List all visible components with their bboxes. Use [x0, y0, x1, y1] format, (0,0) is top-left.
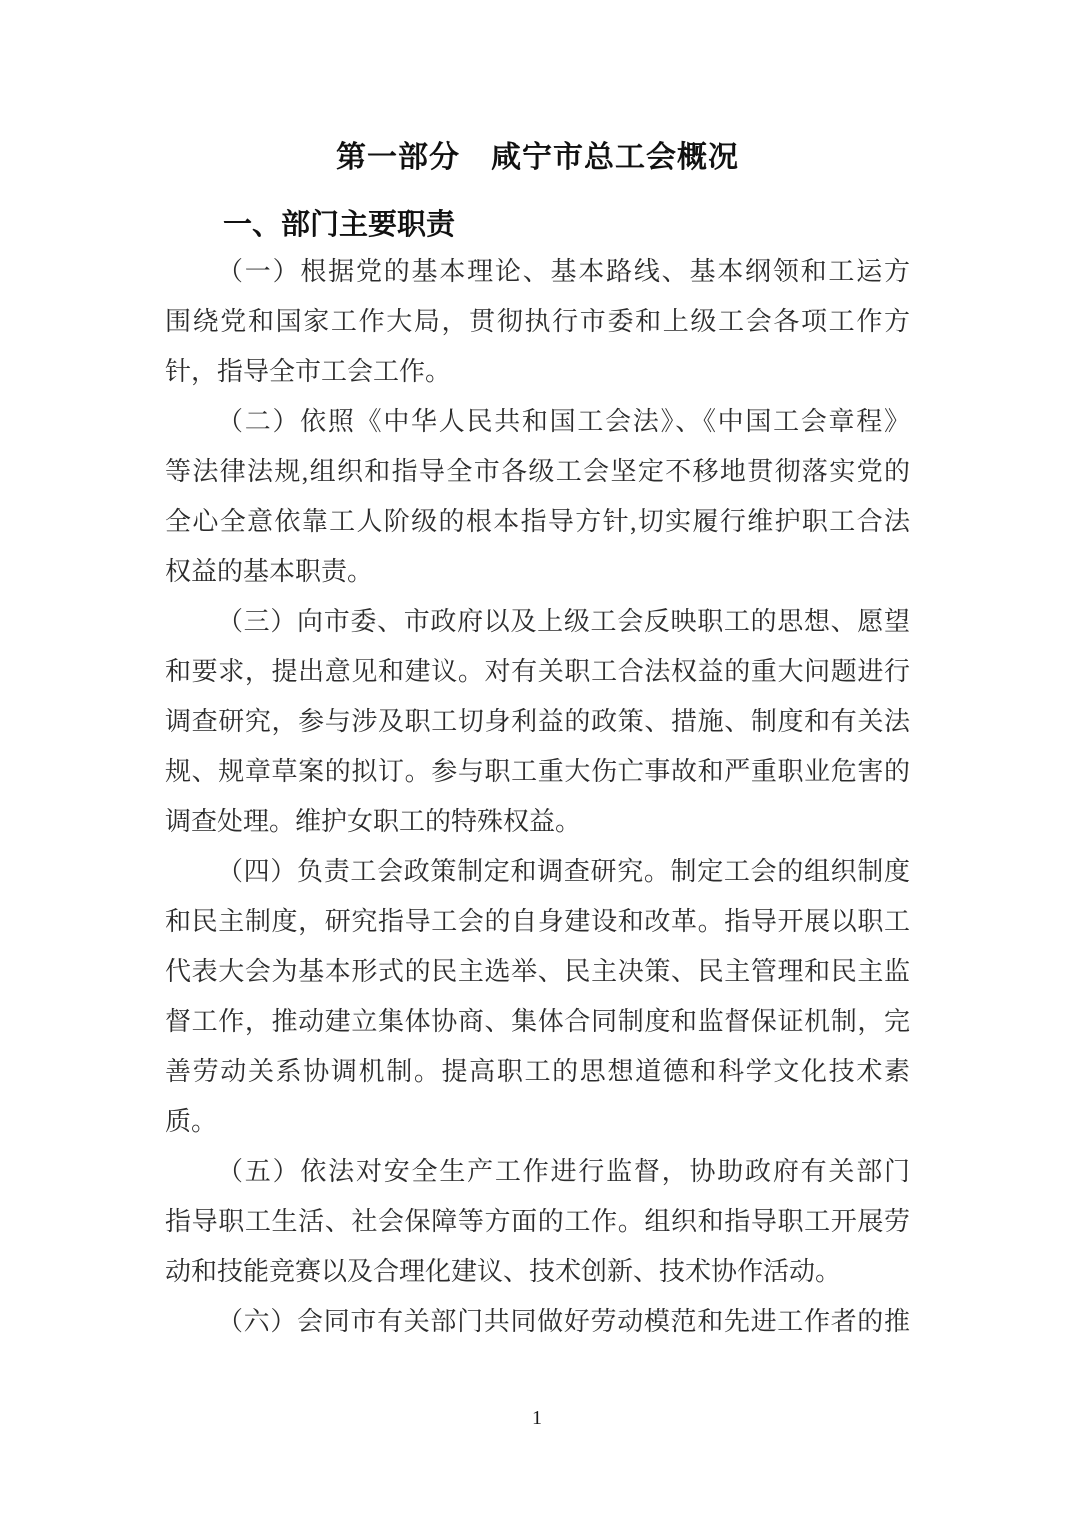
paragraph-line: 动和技能竞赛以及合理化建议、技术创新、技术协作活动。: [165, 1247, 910, 1297]
document-page: 第一部分 咸宁市总工会概况 一、部门主要职责 （一）根据党的基本理论、基本路线、…: [0, 0, 1074, 1520]
paragraph-line: 等法律法规,组织和指导全市各级工会坚定不移地贯彻落实党的: [165, 447, 910, 497]
paragraph-line: （三）向市委、市政府以及上级工会反映职工的思想、愿望: [165, 597, 910, 647]
paragraph: （一）根据党的基本理论、基本路线、基本纲领和工运方针，围绕党和国家工作大局，贯彻…: [165, 247, 910, 397]
paragraph-line: 指导职工生活、社会保障等方面的工作。组织和指导职工开展劳: [165, 1197, 910, 1247]
section-heading: 一、部门主要职责: [165, 205, 910, 245]
paragraph-line: 全心全意依靠工人阶级的根本指导方针,切实履行维护职工合法: [165, 497, 910, 547]
paragraph: （六）会同市有关部门共同做好劳动模范和先进工作者的推: [165, 1297, 910, 1347]
document-title: 第一部分 咸宁市总工会概况: [165, 138, 910, 178]
paragraph-line: 代表大会为基本形式的民主选举、民主决策、民主管理和民主监: [165, 947, 910, 997]
paragraph: （四）负责工会政策制定和调查研究。制定工会的组织制度和民主制度，研究指导工会的自…: [165, 847, 910, 1147]
paragraph-line: 善劳动关系协调机制。提高职工的思想道德和科学文化技术素: [165, 1047, 910, 1097]
paragraph-line: 和要求，提出意见和建议。对有关职工合法权益的重大问题进行: [165, 647, 910, 697]
paragraph-line: 督工作，推动建立集体协商、集体合同制度和监督保证机制，完: [165, 997, 910, 1047]
paragraph: （五）依法对安全生产工作进行监督，协助政府有关部门指导职工生活、社会保障等方面的…: [165, 1147, 910, 1297]
paragraph-line: （二）依照《中华人民共和国工会法》、《中国工会章程》: [165, 397, 910, 447]
paragraph-line: （一）根据党的基本理论、基本路线、基本纲领和工运方针，: [165, 247, 910, 297]
paragraph: （二）依照《中华人民共和国工会法》、《中国工会章程》等法律法规,组织和指导全市各…: [165, 397, 910, 597]
paragraph-line: 质。: [165, 1097, 910, 1147]
paragraph-line: （四）负责工会政策制定和调查研究。制定工会的组织制度: [165, 847, 910, 897]
paragraph-line: （六）会同市有关部门共同做好劳动模范和先进工作者的推: [165, 1297, 910, 1347]
paragraph-line: 针，指导全市工会工作。: [165, 347, 910, 397]
paragraph-line: 权益的基本职责。: [165, 547, 910, 597]
paragraph-line: 调查处理。维护女职工的特殊权益。: [165, 797, 910, 847]
document-body: （一）根据党的基本理论、基本路线、基本纲领和工运方针，围绕党和国家工作大局，贯彻…: [165, 247, 910, 1347]
paragraph-line: （五）依法对安全生产工作进行监督，协助政府有关部门: [165, 1147, 910, 1197]
paragraph: （三）向市委、市政府以及上级工会反映职工的思想、愿望和要求，提出意见和建议。对有…: [165, 597, 910, 847]
page-number: 1: [0, 1404, 1074, 1432]
paragraph-line: 调查研究，参与涉及职工切身利益的政策、措施、制度和有关法: [165, 697, 910, 747]
paragraph-line: 规、规章草案的拟订。参与职工重大伤亡事故和严重职业危害的: [165, 747, 910, 797]
paragraph-line: 围绕党和国家工作大局，贯彻执行市委和上级工会各项工作方: [165, 297, 910, 347]
paragraph-line: 和民主制度，研究指导工会的自身建设和改革。指导开展以职工: [165, 897, 910, 947]
